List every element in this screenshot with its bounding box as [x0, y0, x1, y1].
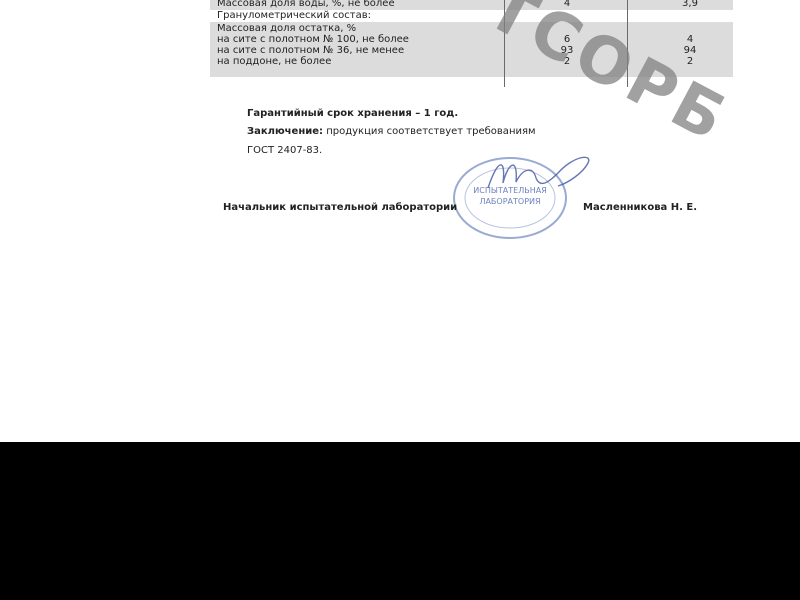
norm-value: 6 [537, 34, 597, 45]
row-label: на поддоне, не более [217, 56, 331, 67]
warranty-text: Гарантийный срок хранения – 1 год. [247, 108, 458, 120]
table-row-group: Массовая доля остатка, % на сите с полот… [210, 22, 733, 77]
lab-stamp-icon: ИСПЫТАТЕЛЬНАЯ ЛАБОРАТОРИЯ [448, 148, 598, 240]
stamp-text-2: ЛАБОРАТОРИЯ [479, 197, 540, 206]
actual-value: 4 [660, 34, 720, 45]
norm-value: 4 [537, 0, 597, 9]
row-label: Массовая доля остатка, % [217, 23, 356, 34]
stamp-text-1: ИСПЫТАТЕЛЬНАЯ [473, 186, 547, 195]
actual-value: 2 [660, 56, 720, 67]
conclusion-label: Заключение: [247, 126, 323, 137]
actual-value: 3,9 [660, 0, 720, 9]
conclusion-text: продукция соответствует требованиям [323, 126, 536, 137]
column-divider [627, 0, 628, 87]
norm-value: 93 [537, 45, 597, 56]
signatory-name: Масленникова Н. Е. [583, 202, 697, 214]
norm-value: 2 [537, 56, 597, 67]
row-label: на сите с полотном № 36, не менее [217, 45, 404, 56]
standard-reference: ГОСТ 2407-83. [247, 145, 322, 157]
row-label: Массовая доля воды, %, не более [217, 0, 395, 9]
black-letterbox [0, 442, 800, 600]
row-label: на сите с полотном № 100, не более [217, 34, 409, 45]
signatory-position: Начальник испытательной лаборатории [223, 202, 457, 214]
actual-value: 94 [660, 45, 720, 56]
document-page: Массовая доля воды, %, не более 4 3,9 Гр… [0, 0, 800, 442]
table-row: Гранулометрический состав: [210, 10, 733, 22]
table-row: Массовая доля воды, %, не более 4 3,9 [210, 0, 733, 10]
column-divider [504, 0, 505, 87]
row-label: Гранулометрический состав: [217, 10, 371, 21]
conclusion-line: Заключение: продукция соответствует треб… [247, 126, 536, 138]
signature-stroke [488, 157, 589, 188]
